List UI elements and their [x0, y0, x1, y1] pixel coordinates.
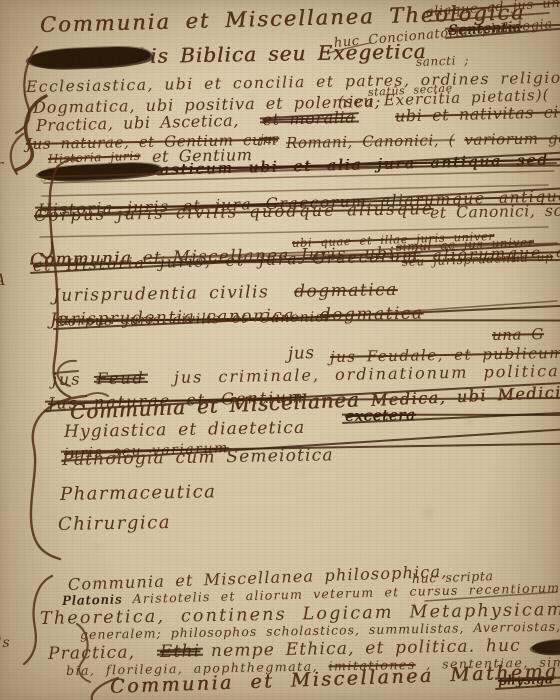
line-pathologia: Pathologia cum Semeiotica — [62, 447, 334, 470]
canonica-text: Jurisprudentia canonica — [50, 306, 295, 330]
communia-text: Communia — [30, 248, 133, 269]
fragment-text: 's — [0, 635, 10, 651]
practica-text: Practica, — [48, 642, 136, 664]
struck-text: una G — [492, 325, 544, 344]
jus-text: jus — [288, 343, 315, 364]
struck-jurisprudentia: seu jurisprudentia up — [402, 251, 554, 269]
insert-jus-small: jus — [260, 132, 280, 145]
struck-una: una G — [492, 327, 544, 344]
fragment-text: A — [0, 270, 6, 289]
struck-nativitas: ubi et nativitas circa — [395, 102, 560, 126]
line-jurisprudentia-civilis: Jurisprudentia civilis dogmatica — [53, 282, 398, 306]
struck-variorum: variorum gentium, — [464, 128, 560, 149]
struck-feud: Feud — [96, 368, 145, 388]
struck-dogmatica: dogmatica — [294, 280, 398, 302]
insert-jus-over: jus — [288, 345, 315, 364]
margin-paren-jus — [11, 134, 23, 174]
struck-dogmatica: dogmatica — [320, 303, 424, 325]
romani-text: Romani, Canonici, ( — [286, 131, 455, 152]
jus-text: jus — [52, 369, 82, 389]
line-chirurgica: Chirurgica — [58, 514, 171, 535]
fragment-text: r — [0, 156, 4, 174]
pharmaceutica-text: Pharmaceutica — [60, 481, 217, 505]
civilis-text: Jurisprudentia civilis — [53, 282, 270, 306]
line-hygiastica: Hygiastica et diaetetica — [64, 420, 306, 442]
ink-blot: Jus ecclesi — [37, 162, 161, 182]
pathologia-text: Pathologia cum Semeiotica — [62, 445, 334, 470]
ink-blot: schola — [531, 639, 560, 655]
line-pharmaceutica: Pharmaceutica — [60, 483, 217, 505]
chirurgica-text: Chirurgica — [58, 512, 171, 535]
struck-moralia: et moralia — [262, 108, 355, 129]
manuscript-page: Communia et Miscellanea Theologica aliaq… — [0, 0, 560, 700]
foxing-spots — [0, 0, 3, 3]
line-jurisprudentia-canonica: Jurisprudentia canonica dogmatica — [50, 305, 424, 329]
platonis-text: Platonis — [62, 591, 123, 608]
margin-fragment: r — [0, 158, 4, 174]
ink-blot: Concional — [26, 46, 151, 69]
insert-text: sancti ; — [416, 53, 470, 69]
insert-sancti: sancti ; — [416, 54, 470, 68]
struck-text: jus — [260, 131, 280, 146]
hygiastica-text: Hygiastica et diaetetica — [64, 418, 306, 442]
line-et-canonici: et Canonici, sci — [430, 203, 560, 222]
margin-fragment: A — [0, 272, 6, 289]
margin-fragment: 's — [0, 636, 10, 651]
canonici-text: et Canonici, sci — [430, 202, 560, 222]
struck-ethi: Ethi — [160, 641, 201, 662]
line-romani-canonici: Romani, Canonici, ( variorum gentium, ju… — [286, 130, 560, 152]
